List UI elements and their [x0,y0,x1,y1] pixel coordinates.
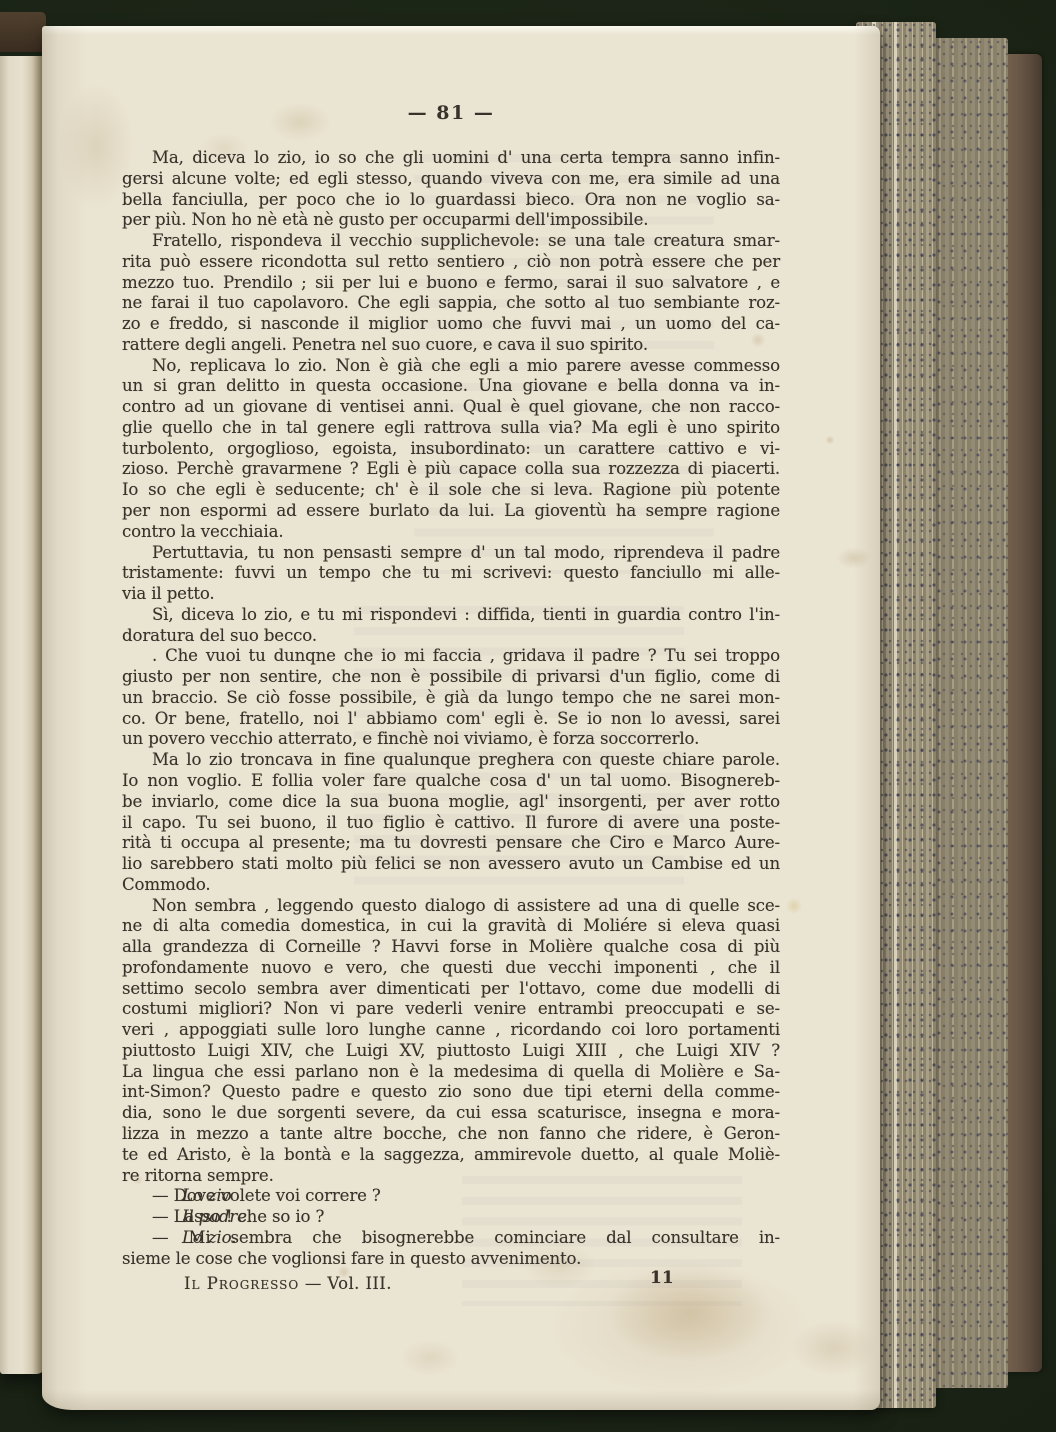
text-line: Commodo. [122,875,780,896]
text-line: un braccio. Se ciò fosse possibile, è gi… [122,688,780,709]
text-line: rattere degli angeli. Penetra nel suo cu… [122,335,780,356]
dialogue-line: sieme le cose che voglionsi fare in ques… [122,1249,780,1270]
dialogue-line: Il padre. — Lasso ! che so io ? [122,1207,780,1228]
text-line: lizza in mezzo a tante altre bocche, che… [122,1124,780,1145]
text-line: alla grandezza di Corneille ? Havvi fors… [122,937,780,958]
text-line: via il petto. [122,584,780,605]
text-line: Non sembra , leggendo questo dialogo di … [122,896,780,917]
dialogue-line: Lo zio — Dove volete voi correre ? [122,1186,780,1207]
text-line: La lingua che essi parlano non è la mede… [122,1062,780,1083]
text-line: co. Or bene, fratello, noi l' abbiamo co… [122,709,780,730]
journal-name: Il Progresso [184,1274,299,1293]
footer-signature-number: 11 [650,1268,674,1288]
volume-label: — Vol. III. [305,1274,392,1293]
text-line: contro ad un giovane di ventisei anni. Q… [122,397,780,418]
text-line: zioso. Perchè gravarmene ? Egli è più ca… [122,459,780,480]
text-line: dia, sono le due sorgenti severe, da cui… [122,1103,780,1124]
dialogue-line: Lo zio. — Mi sembra che bisognerebbe com… [122,1228,780,1249]
scanned-book-photo: — 81 — Ma, diceva lo zio, io so che gli … [0,0,1056,1432]
text-line: Pertuttavia, tu non pensasti sempre d' u… [122,543,780,564]
text-line: profondamente nuovo e vero, che questi d… [122,958,780,979]
text-line: il capo. Tu sei buono, il tuo figlio è c… [122,813,780,834]
text-line: rità ti occupa al presente; ma tu dovres… [122,833,780,854]
text-line: Ma lo zio troncava in fine qualunque pre… [122,750,780,771]
text-line: zo e freddo, si nasconde il miglior uomo… [122,314,780,335]
text-line: veri , appoggiati sulle loro lunghe cann… [122,1020,780,1041]
page-number-header: — 81 — [122,102,780,124]
text-line: rita può essere ricondotta sul retto sen… [122,252,780,273]
text-line: turbolento, orgoglioso, egoista, insubor… [122,439,780,460]
footer-volume-label: Il Progresso — Vol. III. [184,1274,392,1293]
text-line: piuttosto Luigi XIV, che Luigi XV, piutt… [122,1041,780,1062]
text-line: Ma, diceva lo zio, io so che gli uomini … [122,148,780,169]
text-line: Sì, diceva lo zio, e tu mi rispondevi : … [122,605,780,626]
text-line: doratura del suo becco. [122,626,780,647]
text-line: glie quello che in tal genere egli rattr… [122,418,780,439]
text-line: costumi migliori? Non vi pare vederli ve… [122,999,780,1020]
text-line: ne di alta comedia domestica, in cui la … [122,916,780,937]
text-line: settimo secolo sembra aver dimenticati p… [122,979,780,1000]
text-line: tristamente: fuvvi un tempo che tu mi sc… [122,563,780,584]
dialogue-speaker: Lo zio [152,1186,231,1207]
fore-edge-pages-outer [932,38,1008,1388]
text-line: un si gran delitto in questa occasione. … [122,376,780,397]
dialogue-speaker: Lo zio. [152,1228,236,1249]
text-line: bella fanciulla, per poco che io lo guar… [122,190,780,211]
dialogue-speaker: Il padre. [152,1207,252,1228]
text-line: gersi alcune volte; ed egli stesso, quan… [122,169,780,190]
text-line: int-Simon? Questo padre e questo zio son… [122,1082,780,1103]
book-page: — 81 — Ma, diceva lo zio, io so che gli … [42,26,880,1410]
text-line: No, replicava lo zio. Non è già che egli… [122,356,780,377]
text-line: mezzo tuo. Prendilo ; sii per lui e buon… [122,273,780,294]
left-page-fold [0,56,46,1374]
text-line: Io so che egli è seducente; ch' è il sol… [122,480,780,501]
text-line: lio sarebbero stati molto più felici se … [122,854,780,875]
text-line: contro la vecchiaia. [122,522,780,543]
page-body: Ma, diceva lo zio, io so che gli uomini … [122,148,780,1269]
text-line: per non espormi ad essere burlato da lui… [122,501,780,522]
page-footer: Il Progresso — Vol. III. 11 [122,1274,780,1300]
text-line: un povero vecchio atterrato, e finchè no… [122,729,780,750]
text-line: . Che vuoi tu dunqne che io mi faccia , … [122,646,780,667]
text-line: giusto per non sentire, che non è possib… [122,667,780,688]
text-line: be inviarlo, come dice la sua buona mogl… [122,792,780,813]
text-line: re ritorna sempre. [122,1166,780,1187]
spine-corner [0,12,46,52]
text-line: Io non voglio. E follia voler fare qualc… [122,771,780,792]
text-line: Fratello, rispondeva il vecchio supplich… [122,231,780,252]
text-line: per più. Non ho nè età nè gusto per occu… [122,210,780,231]
text-line: ne farai il tuo capolavoro. Che egli sap… [122,293,780,314]
text-line: te ed Aristo, è la bontà e la saggezza, … [122,1145,780,1166]
